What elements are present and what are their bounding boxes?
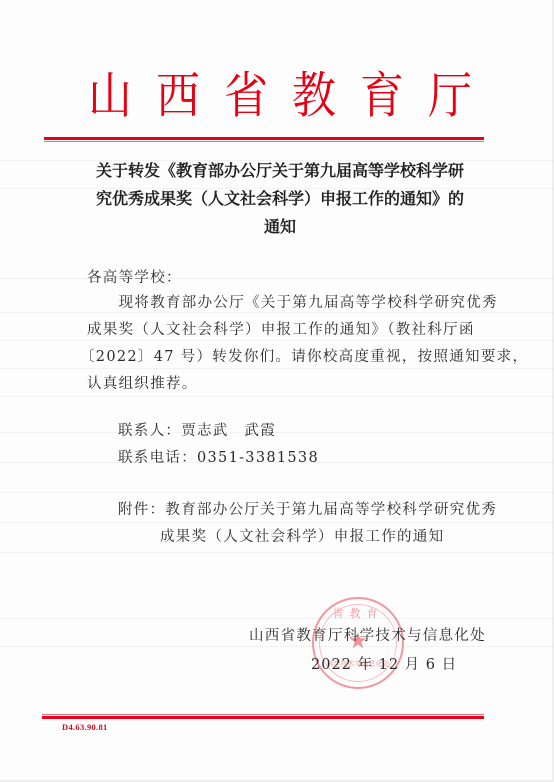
title-line: 究优秀成果奖（人文社会科学）申报工作的通知》的 (70, 185, 490, 213)
masthead-divider (44, 137, 484, 142)
scan-artifact (0, 646, 554, 647)
seal-top-text: 省教育 (314, 605, 402, 621)
masthead-title: 山 西 省 教 育 厅 (60, 68, 500, 126)
document-page: 山 西 省 教 育 厅 关于转发《教育部办公厅关于第九届高等学校科学研 究优秀成… (0, 0, 554, 782)
paragraph-line: 现将教育部办公厅《关于第九届高等学校科学研究优秀 (87, 290, 492, 317)
masthead-char: 教 (292, 69, 336, 125)
title-line: 通知 (70, 213, 490, 241)
issuer-name: 山西省教育厅科学技术与信息化处 (249, 624, 486, 645)
print-code: D4.63.90.81 (62, 722, 108, 732)
title-line: 关于转发《教育部办公厅关于第九届高等学校科学研 (70, 157, 490, 185)
contact-phone: 联系电话：0351-3381538 (118, 446, 523, 467)
scan-artifact (0, 522, 554, 523)
masthead-char: 省 (224, 69, 268, 125)
scan-artifact (0, 552, 554, 553)
footer-divider (42, 714, 484, 719)
contact-person: 联系人：贾志武 武霞 (118, 419, 523, 440)
masthead-char: 厅 (428, 69, 472, 125)
paragraph-line: 认真组织推荐。 (87, 371, 492, 398)
scan-artifact (0, 492, 554, 493)
scan-artifact (0, 618, 554, 619)
salutation: 各高等学校： (87, 266, 492, 287)
masthead-char: 西 (156, 69, 200, 125)
masthead-char: 育 (360, 69, 404, 125)
issue-date: 2022 年 12 月 6 日 (311, 653, 457, 674)
paragraph-line: 成果奖（人文社会科学）申报工作的通知》（教社科厅函 (87, 317, 492, 344)
masthead-char: 山 (88, 69, 132, 125)
document-title: 关于转发《教育部办公厅关于第九届高等学校科学研 究优秀成果奖（人文社会科学）申报… (70, 157, 490, 241)
attachment-line: 附件：教育部办公厅关于第九届高等学校科学研究优秀 (118, 498, 523, 519)
paragraph-line: 〔2022〕47 号）转发你们。请你校高度重视，按照通知要求， (80, 344, 485, 371)
attachment-line: 成果奖（人文社会科学）申报工作的通知 (160, 525, 554, 546)
